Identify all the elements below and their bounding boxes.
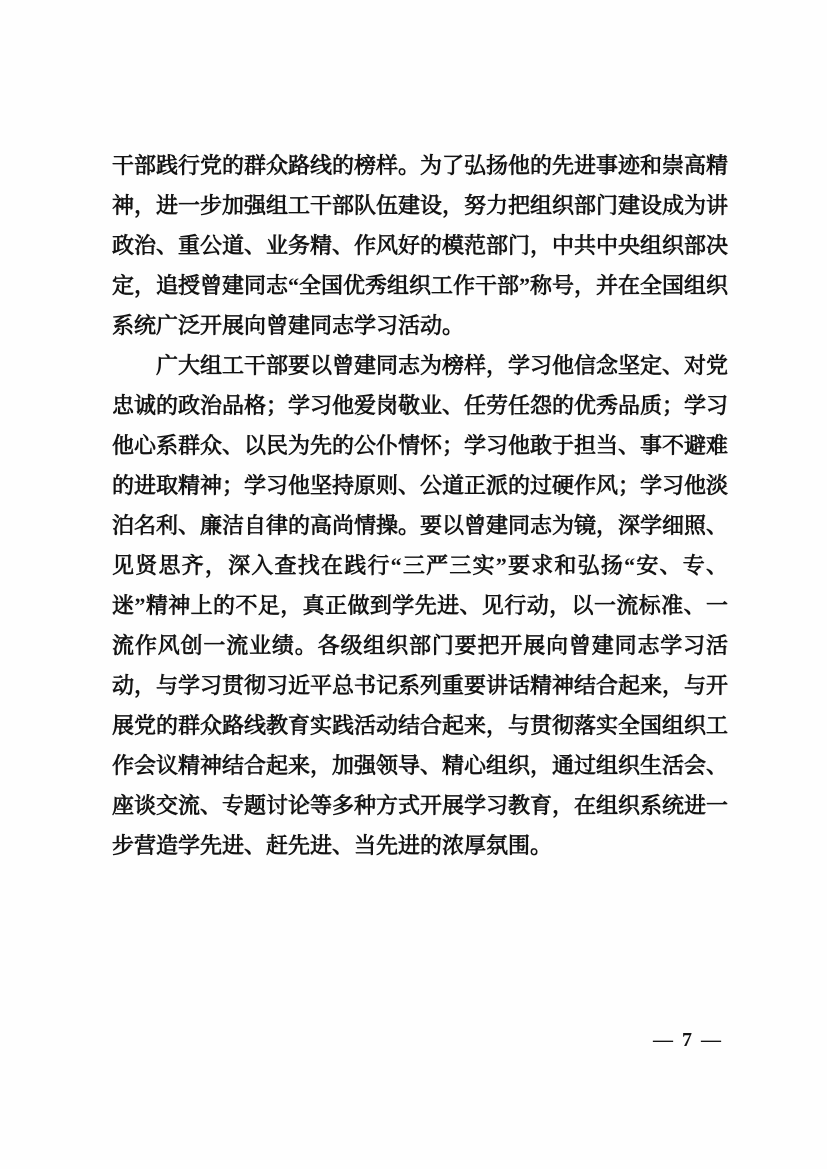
paragraph-continuation: 干部践行党的群众路线的榜样。为了弘扬他的先进事迹和崇高精神，进一步加强组工干部队… [112, 146, 728, 346]
document-page: 干部践行党的群众路线的榜样。为了弘扬他的先进事迹和崇高精神，进一步加强组工干部队… [0, 0, 827, 1169]
paragraph-main: 广大组工干部要以曾建同志为榜样，学习他信念坚定、对党忠诚的政治品格；学习他爱岗敬… [112, 346, 728, 866]
document-body-text: 干部践行党的群众路线的榜样。为了弘扬他的先进事迹和崇高精神，进一步加强组工干部队… [112, 146, 728, 866]
page-number-footer: — 7 — [653, 1026, 723, 1054]
